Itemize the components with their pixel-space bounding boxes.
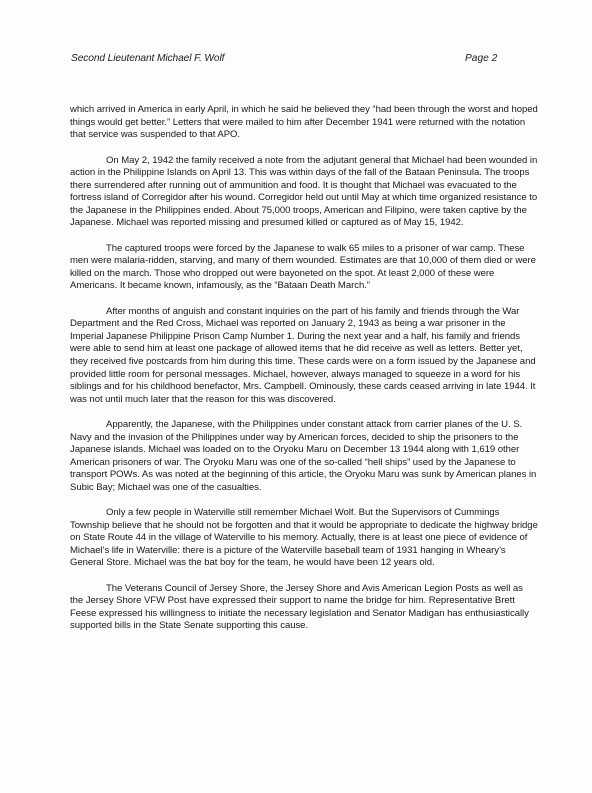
document-page: Second Lieutenant Michael F. Wolf Page 2… xyxy=(0,0,592,793)
document-title: Second Lieutenant Michael F. Wolf xyxy=(71,53,224,64)
paragraph-waterville-memory: Only a few people in Waterville still re… xyxy=(70,507,538,570)
paragraph-bridge-support: The Veterans Council of Jersey Shore, th… xyxy=(70,583,538,633)
paragraph-continuation: which arrived in America in early April,… xyxy=(70,104,538,142)
paragraph-death-march: The captured troops were forced by the J… xyxy=(70,243,538,293)
page-header: Second Lieutenant Michael F. Wolf Page 2 xyxy=(71,53,501,69)
paragraph-prisoner-report: After months of anguish and constant inq… xyxy=(70,306,538,406)
paragraph-wounded-in-action: On May 2, 1942 the family received a not… xyxy=(70,155,538,230)
document-body: which arrived in America in early April,… xyxy=(70,104,538,646)
paragraph-hell-ships: Apparently, the Japanese, with the Phili… xyxy=(70,419,538,494)
page-number: Page 2 xyxy=(465,53,497,64)
